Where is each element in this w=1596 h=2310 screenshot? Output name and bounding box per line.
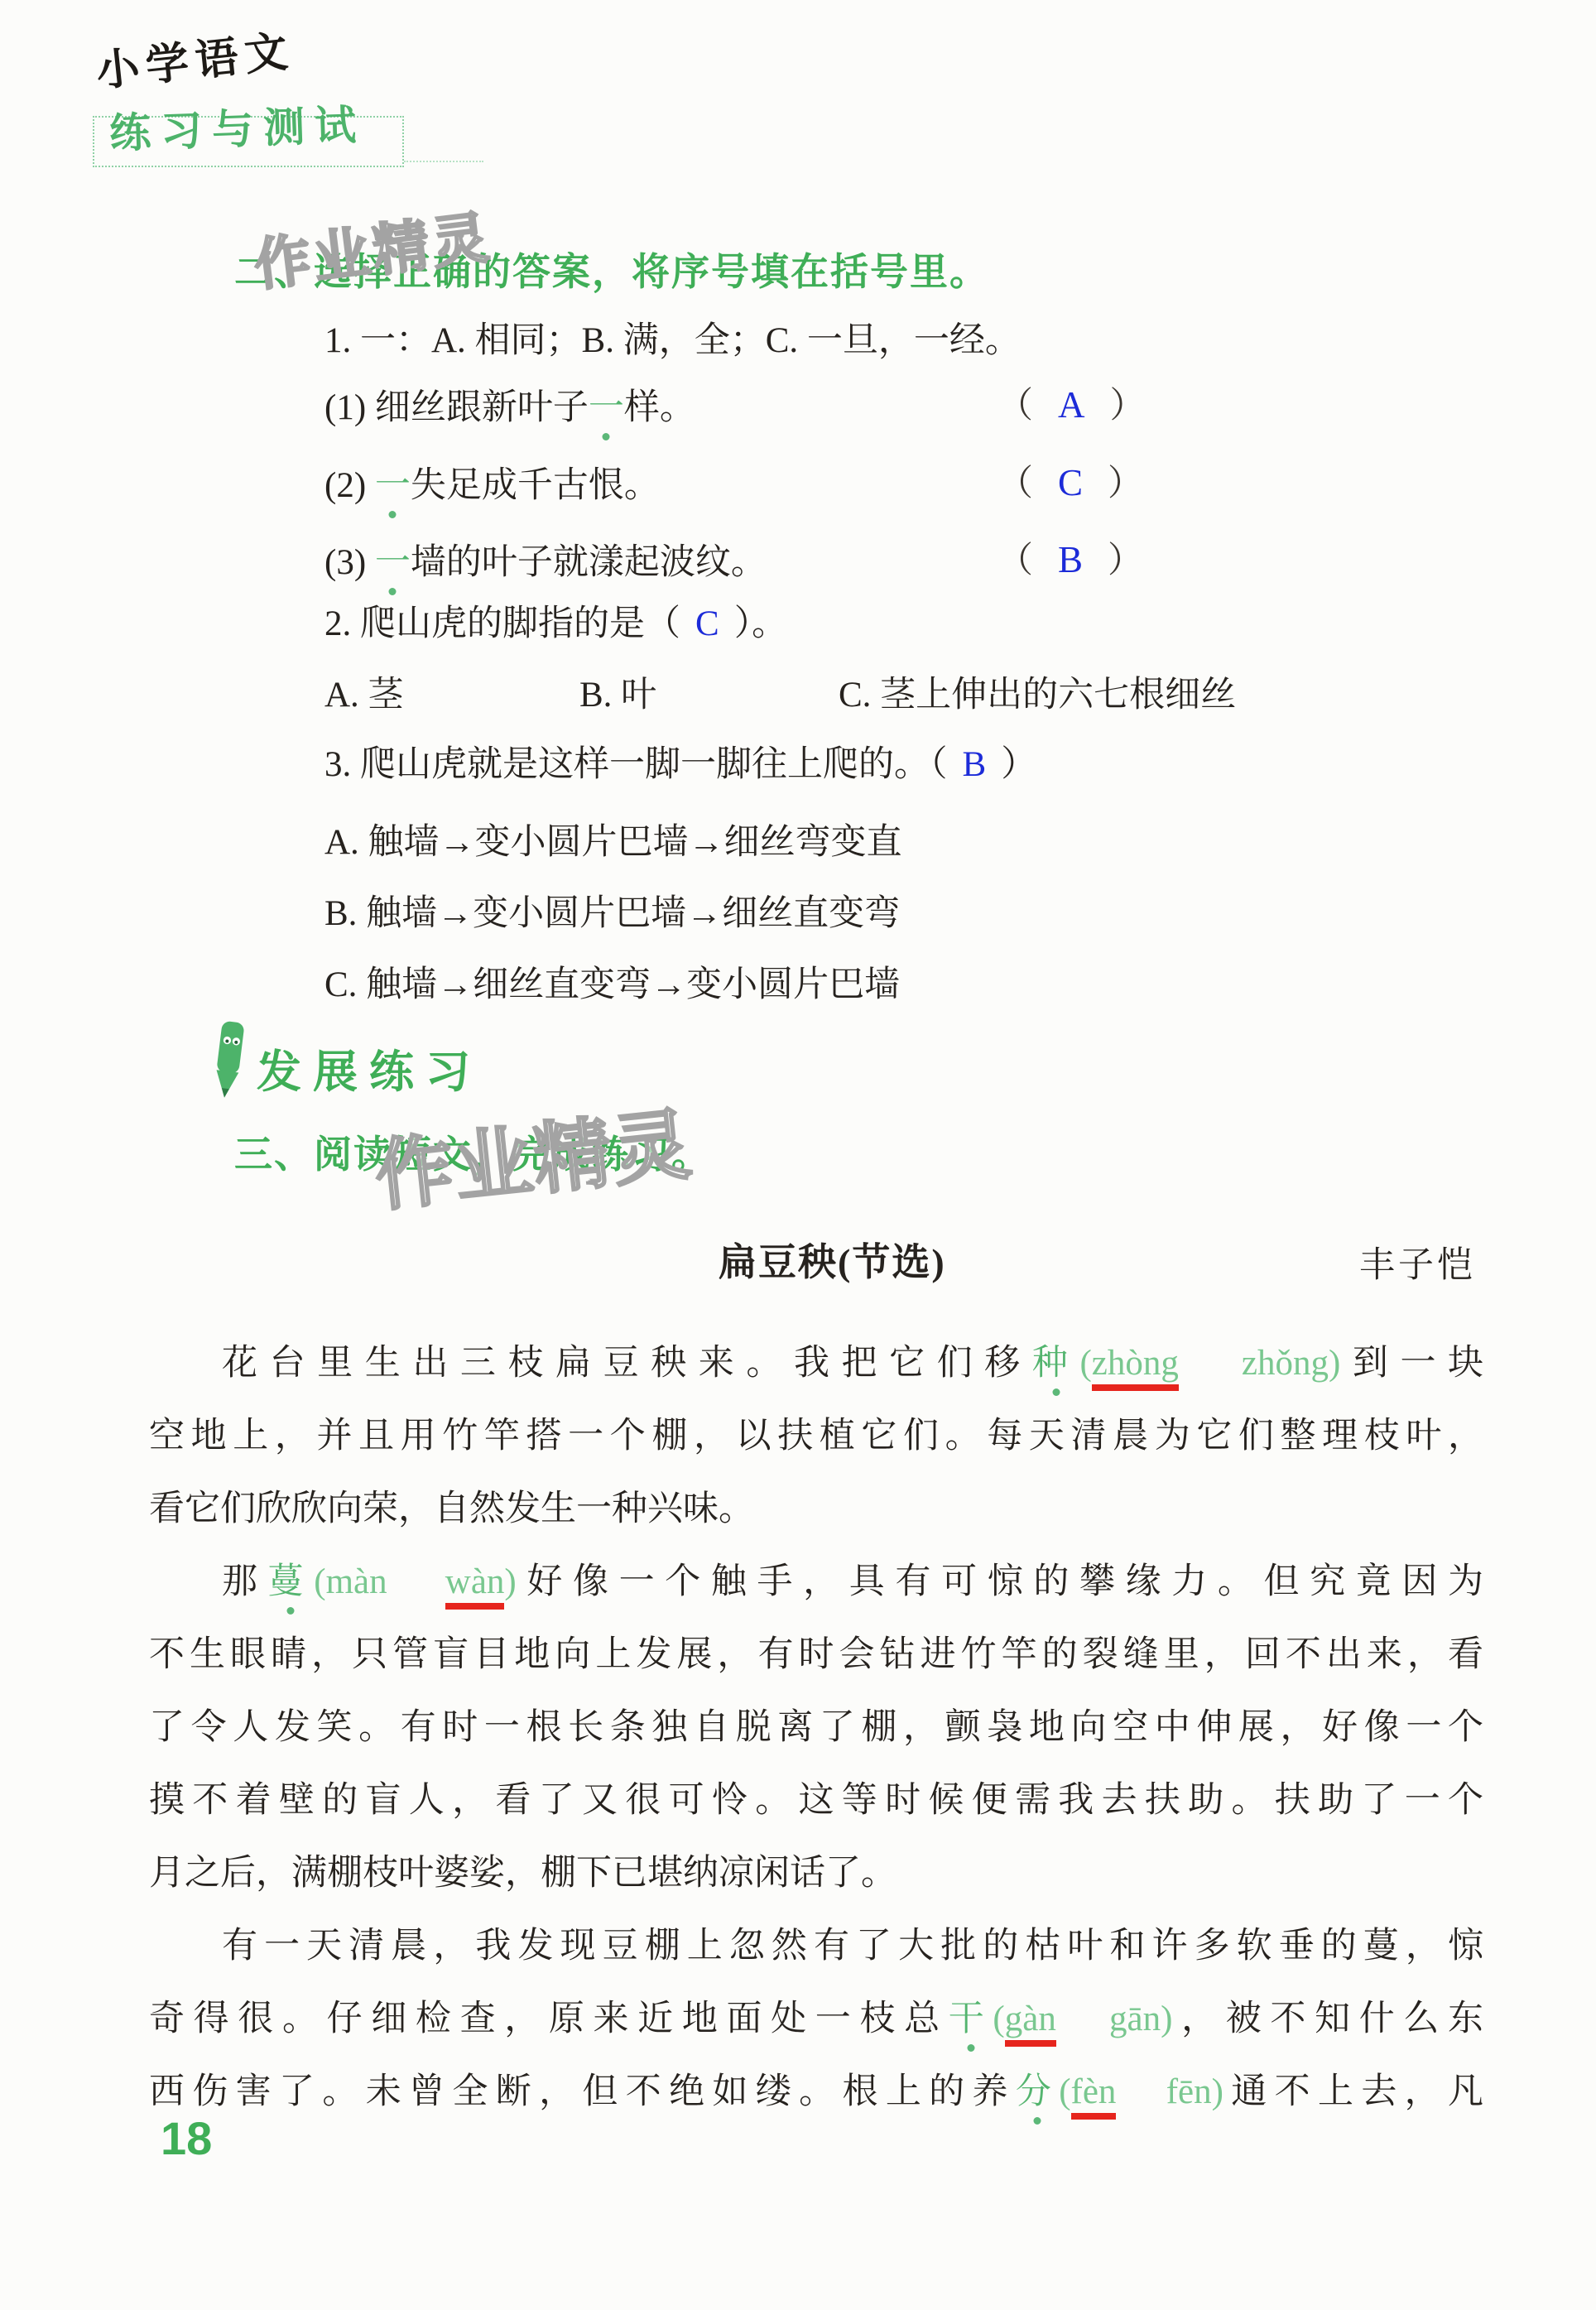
text-run: 那 [222,1562,268,1601]
annotated-char: 蔓 [268,1562,315,1601]
q1-stem: 1. 一：A. 相同；B. 满，全；C. 一旦，一经。 [324,319,1021,363]
text-run: 有一天清晨，我发现豆棚上忽然有了大批的枯叶和许多软垂的蔓，惊 [222,1927,1483,1966]
text-run: 花台里生出三枝扁豆秧来。我把它们移 [222,1344,1032,1383]
article-author: 丰子恺 [1359,1237,1476,1287]
answer-letter: B [963,745,987,784]
choice-item: (2) 一失足成千古恨。（C） [324,457,1483,508]
article-line: 不生眼睛，只管盲目地向上发展，有时会钻进竹竿的裂缝里，回不出来，看 [149,1626,1483,1677]
q3-option: B. 触墙→变小圆片巴墙→细丝直变弯 [324,885,900,936]
pinyin-text: ( [1059,2072,1070,2111]
article-line: 西伤害了。未曾全断，但不绝如缕。根上的养分(fèn fēn)通不上去，凡 [149,2063,1483,2120]
text-run: 西伤害了。未曾全断，但不绝如缕。根上的养 [149,2072,1016,2111]
q2-option: C. 茎上伸出的六七根细丝 [839,667,1236,717]
text-run: ）。 [734,604,788,643]
pinyin-text: ) [504,1562,516,1601]
article-line: 有一天清晨，我发现豆棚上忽然有了大批的枯叶和许多软垂的蔓，惊 [149,1918,1483,1968]
answer-letter: B [1058,539,1083,580]
text-run: 了令人发笑。有时一根长条独自脱离了棚，颤袅地向空中伸展，好像一个 [149,1708,1483,1747]
logo-title: 小学语文 [93,16,297,99]
article-line: 了令人发笑。有时一根长条独自脱离了棚，颤袅地向空中伸展，好像一个 [149,1699,1483,1749]
article-line: 奇得很。仔细检查，原来近地面处一枝总干(gàn gān)，被不知什么东 [149,1990,1483,2047]
pinyin-text: (màn [314,1562,445,1601]
annotated-char: 种 [1032,1344,1080,1383]
text-run: 奇得很。仔细检查，原来近地面处一枝总 [149,2000,949,2038]
choice-item: (1) 细丝跟新叶子一样。（A） [324,379,1483,430]
annotated-char: 分 [1016,2072,1059,2111]
pinyin-underlined: gàn [1005,2000,1056,2047]
article-line: 看它们欣欣向荣，自然发生一种兴味。 [149,1480,1483,1531]
article-title: 扁豆秧(节选) [719,1232,946,1287]
q3-option: A. 触墙→变小圆片巴墙→细丝弯变直 [324,814,902,864]
logo-dotted-line [404,161,483,162]
text-run: 月之后，满棚枝叶婆娑，棚下已堪纳凉闲话了。 [149,1854,897,1893]
dev-exercise-banner: 发展练习 [257,1037,482,1100]
logo-subtitle: 练习与测试 [108,92,367,161]
answer-bracket: （B） [997,532,1143,583]
text-run: 到一块 [1340,1344,1483,1383]
annotated-char: 干 [949,2000,993,2038]
pinyin-text: gān) [1056,2000,1173,2038]
text-run: 样。 [624,388,695,427]
pinyin-text: ( [1079,1344,1091,1383]
pinyin-underlined: wàn [445,1563,505,1610]
q2-option: B. 叶 [579,667,656,717]
q2-option: A. 茎 [324,667,404,717]
section-three-heading: 三、阅读短文，完成练习。 [234,1124,711,1179]
text-run: 失足成千古恨。 [411,466,660,505]
text-run: 看它们欣欣向荣，自然发生一种兴味。 [149,1489,754,1528]
q3-option: C. 触墙→细丝直变弯→变小圆片巴墙 [324,956,900,1007]
answer-letter: C [695,604,719,643]
article-line: 月之后，满棚枝叶婆娑，棚下已堪纳凉闲话了。 [149,1845,1483,1895]
answer-letter: C [1058,462,1083,503]
text-run: 空地上，并且用竹竿搭一个棚，以扶植它们。每天清晨为它们整理枝叶， [149,1417,1483,1456]
text-run: 墙的叶子就漾起波纹。 [411,543,767,582]
answer-letter: A [1058,384,1085,426]
text-run: (1) 细丝跟新叶子 [324,388,589,427]
text-run: 通不上去，凡 [1223,2072,1483,2111]
q2-stem: 2. 爬山虎的脚指的是（C）。 [324,602,787,647]
choice-item: (3) 一墙的叶子就漾起波纹。（B） [324,534,1483,585]
text-run: (2) [324,466,375,505]
annotated-char: 一 [375,466,411,505]
pinyin-text: ( [993,2000,1004,2038]
section-two-heading: 二、选择正确的答案，将序号填在括号里。 [234,242,989,296]
article-line: 花台里生出三枝扁豆秧来。我把它们移种(zhòng zhǒng)到一块 [149,1335,1483,1391]
text-run: 3. 爬山虎就是这样一脚一脚往上爬的。（ [324,745,948,784]
pinyin-text: zhǒng) [1179,1344,1340,1383]
pinyin-underlined: fèn [1071,2073,1117,2120]
text-run: 2. 爬山虎的脚指的是（ [324,604,680,643]
text-run: 摸不着壁的盲人，看了又很可怜。这等时候便需我去扶助。扶助了一个 [149,1781,1483,1820]
pinyin-underlined: zhòng [1092,1345,1179,1391]
annotated-char: 一 [375,543,411,582]
text-run: 不生眼睛，只管盲目地向上发展，有时会钻进竹竿的裂缝里，回不出来，看 [149,1635,1483,1674]
text-run: 好像一个触手，具有可惊的攀缘力。但究竟因为 [517,1562,1483,1601]
text-run: ） [1001,745,1036,784]
page-number: 18 [161,2111,212,2165]
annotated-char: 一 [589,388,624,427]
answer-bracket: （C） [997,455,1143,506]
q3-stem: 3. 爬山虎就是这样一脚一脚往上爬的。（B） [324,743,1036,787]
text-run: (3) [324,543,375,582]
workbook-page: 小学语文 练习与测试 作业精灵 作业精灵 二、选择正确的答案，将序号填在括号里。… [0,0,1596,2310]
answer-bracket: （A） [997,378,1146,428]
pencil-icon [204,1018,255,1103]
text-run: ，被不知什么东 [1172,2000,1483,2038]
article-line: 空地上，并且用竹竿搭一个棚，以扶植它们。每天清晨为它们整理枝叶， [149,1408,1483,1458]
article-line: 那蔓(màn wàn)好像一个触手，具有可惊的攀缘力。但究竟因为 [149,1553,1483,1610]
pinyin-text: fēn) [1116,2072,1223,2111]
article-line: 摸不着壁的盲人，看了又很可怜。这等时候便需我去扶助。扶助了一个 [149,1772,1483,1822]
